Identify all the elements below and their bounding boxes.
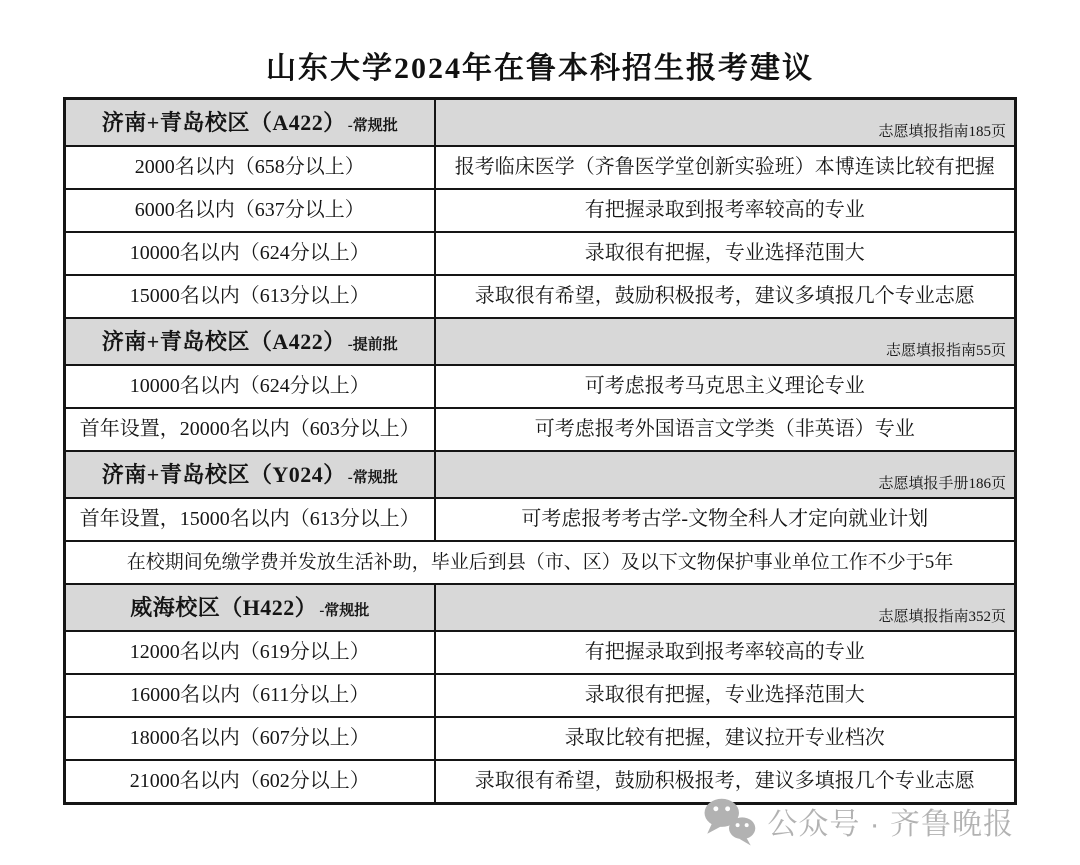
advice-cell: 可考虑报考外国语言文学类（非英语）专业 [435, 408, 1016, 451]
section-name-cell: 济南+青岛校区（A422）-常规批 [65, 99, 435, 147]
guide-page-cell: 志愿填报指南55页 [435, 318, 1016, 365]
guide-page-cell: 志愿填报指南352页 [435, 584, 1016, 631]
advice-cell: 有把握录取到报考率较高的专业 [435, 189, 1016, 232]
table-row: 16000名以内（611分以上）录取很有把握，专业选择范围大 [65, 674, 1016, 717]
table-row: 15000名以内（613分以上）录取很有希望，鼓励积极报考，建议多填报几个专业志… [65, 275, 1016, 318]
note-cell: 在校期间免缴学费并发放生活补助，毕业后到县（市、区）及以下文物保护事业单位工作不… [65, 541, 1016, 584]
rank-range-cell: 12000名以内（619分以上） [65, 631, 435, 674]
rank-range-cell: 2000名以内（658分以上） [65, 146, 435, 189]
advice-cell: 报考临床医学（齐鲁医学堂创新实验班）本博连读比较有把握 [435, 146, 1016, 189]
table-row: 10000名以内（624分以上）录取很有把握，专业选择范围大 [65, 232, 1016, 275]
table-row: 12000名以内（619分以上）有把握录取到报考率较高的专业 [65, 631, 1016, 674]
note-row: 在校期间免缴学费并发放生活补助，毕业后到县（市、区）及以下文物保护事业单位工作不… [65, 541, 1016, 584]
watermark-text: 公众号 · 齐鲁晚报 [767, 799, 1014, 843]
watermark: 公众号 · 齐鲁晚报 [700, 795, 1014, 847]
section-name-cell: 济南+青岛校区（A422）-提前批 [65, 318, 435, 365]
rank-range-cell: 首年设置，15000名以内（613分以上） [65, 498, 435, 541]
rank-range-cell: 18000名以内（607分以上） [65, 717, 435, 760]
section-header-row: 济南+青岛校区（A422）-常规批志愿填报指南185页 [65, 99, 1016, 147]
advice-cell: 录取很有希望，鼓励积极报考，建议多填报几个专业志愿 [435, 275, 1016, 318]
rank-range-cell: 16000名以内（611分以上） [65, 674, 435, 717]
rank-range-cell: 首年设置，20000名以内（603分以上） [65, 408, 435, 451]
advice-cell: 录取比较有把握，建议拉开专业档次 [435, 717, 1016, 760]
section-batch-label: -常规批 [348, 470, 398, 486]
guide-page-cell: 志愿填报指南185页 [435, 99, 1016, 147]
rank-range-cell: 10000名以内（624分以上） [65, 365, 435, 408]
advice-cell: 可考虑报考马克思主义理论专业 [435, 365, 1016, 408]
advice-cell: 有把握录取到报考率较高的专业 [435, 631, 1016, 674]
section-batch-label: -常规批 [348, 118, 398, 134]
section-name: 济南+青岛校区（A422） [102, 329, 346, 354]
rank-range-cell: 6000名以内（637分以上） [65, 189, 435, 232]
guide-page-label: 志愿填报手册186页 [878, 476, 1006, 492]
section-batch-label: -常规批 [319, 603, 369, 619]
table-row: 2000名以内（658分以上）报考临床医学（齐鲁医学堂创新实验班）本博连读比较有… [65, 146, 1016, 189]
section-name-cell: 威海校区（H422）-常规批 [65, 584, 435, 631]
advice-cell: 录取很有把握，专业选择范围大 [435, 232, 1016, 275]
advice-cell: 可考虑报考考古学-文物全科人才定向就业计划 [435, 498, 1016, 541]
rank-range-cell: 21000名以内（602分以上） [65, 760, 435, 804]
section-name-cell: 济南+青岛校区（Y024）-常规批 [65, 451, 435, 498]
guide-page-cell: 志愿填报手册186页 [435, 451, 1016, 498]
rank-range-cell: 10000名以内（624分以上） [65, 232, 435, 275]
section-batch-label: -提前批 [348, 337, 398, 353]
table-row: 18000名以内（607分以上）录取比较有把握，建议拉开专业档次 [65, 717, 1016, 760]
section-header-row: 济南+青岛校区（Y024）-常规批志愿填报手册186页 [65, 451, 1016, 498]
section-name: 威海校区（H422） [130, 595, 317, 620]
table-row: 6000名以内（637分以上）有把握录取到报考率较高的专业 [65, 189, 1016, 232]
page-title: 山东大学2024年在鲁本科招生报考建议 [0, 0, 1080, 97]
advice-cell: 录取很有把握，专业选择范围大 [435, 674, 1016, 717]
section-header-row: 威海校区（H422）-常规批志愿填报指南352页 [65, 584, 1016, 631]
table-row: 首年设置，15000名以内（613分以上）可考虑报考考古学-文物全科人才定向就业… [65, 498, 1016, 541]
section-name: 济南+青岛校区（A422） [102, 110, 346, 135]
guide-page-label: 志愿填报指南352页 [878, 609, 1006, 625]
section-header-row: 济南+青岛校区（A422）-提前批志愿填报指南55页 [65, 318, 1016, 365]
admission-advice-table: 济南+青岛校区（A422）-常规批志愿填报指南185页2000名以内（658分以… [63, 97, 1017, 805]
section-name: 济南+青岛校区（Y024） [102, 462, 346, 487]
table-row: 首年设置，20000名以内（603分以上）可考虑报考外国语言文学类（非英语）专业 [65, 408, 1016, 451]
rank-range-cell: 15000名以内（613分以上） [65, 275, 435, 318]
guide-page-label: 志愿填报指南55页 [886, 343, 1006, 359]
guide-page-label: 志愿填报指南185页 [878, 124, 1006, 140]
table-row: 10000名以内（624分以上）可考虑报考马克思主义理论专业 [65, 365, 1016, 408]
wechat-icon [700, 795, 758, 847]
